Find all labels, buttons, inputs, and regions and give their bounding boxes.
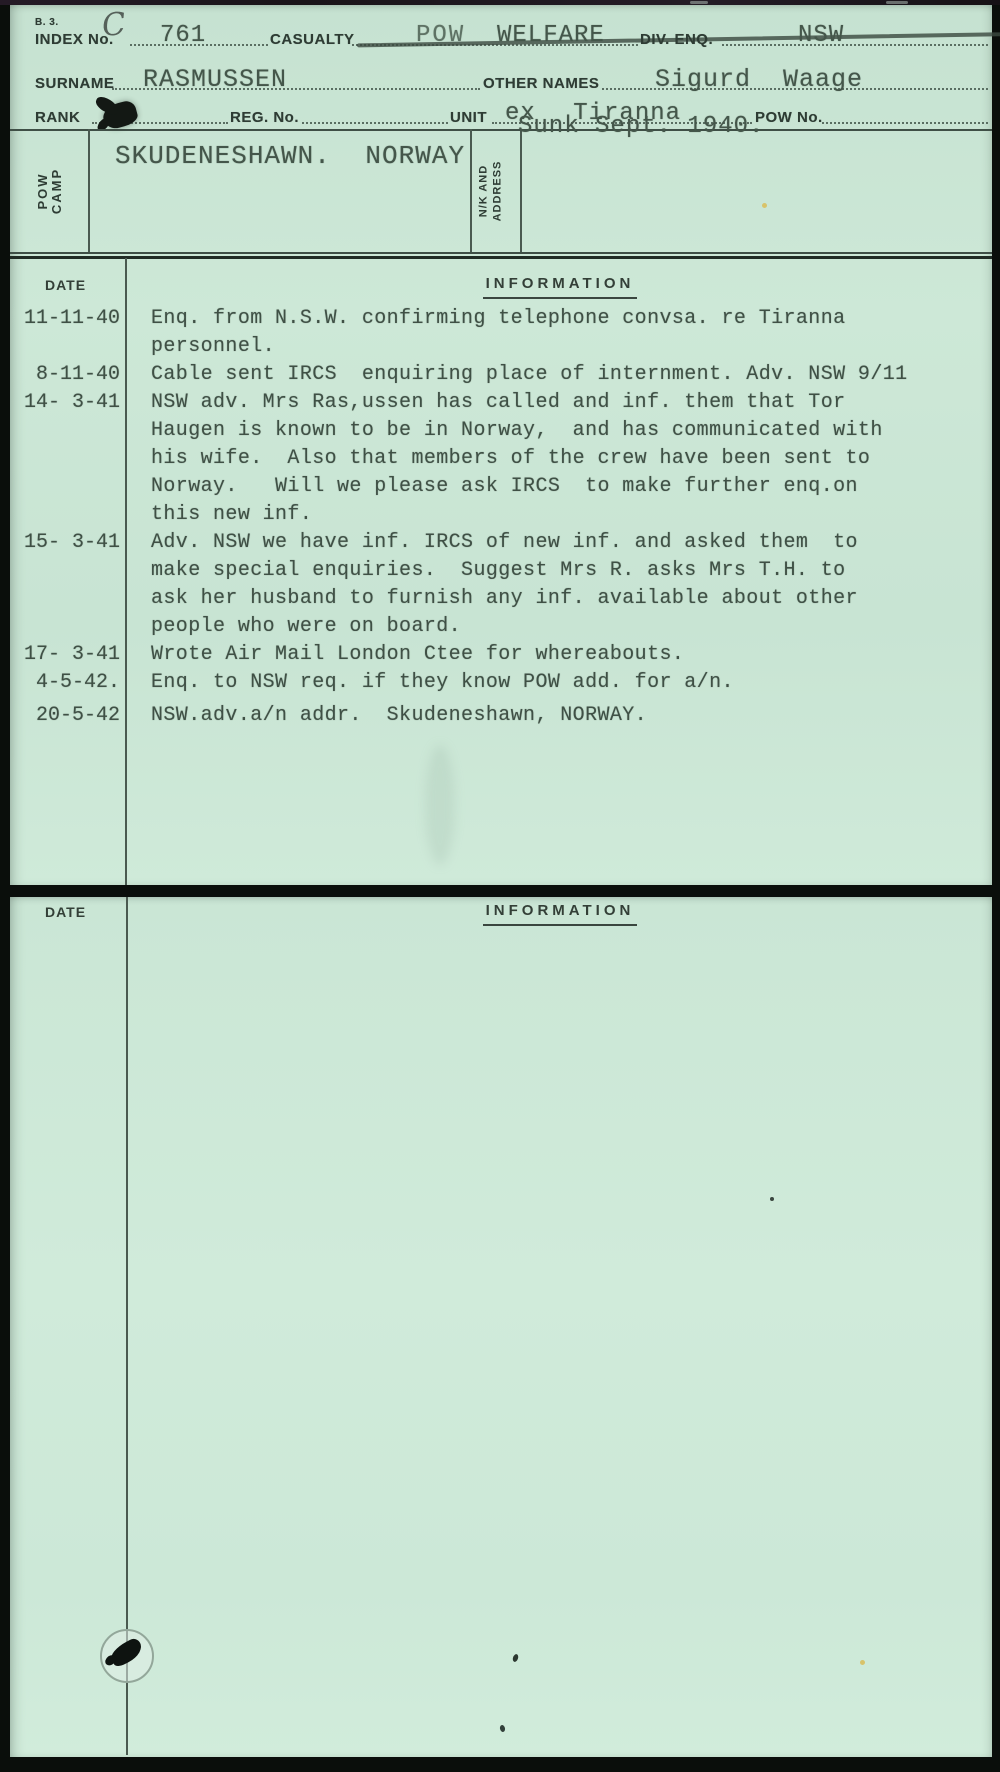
casualty-value: WELFARE [497, 22, 605, 49]
information-header: INFORMATION [465, 902, 655, 919]
surname-label: SURNAME [35, 75, 114, 92]
ink-blot [95, 97, 145, 137]
log-entry: 11-11-40Enq. from N.S.W. confirming tele… [10, 305, 992, 361]
date-header: DATE [45, 277, 86, 293]
entry-date: 11-11-40 [10, 305, 123, 361]
log-entry: 8-11-40Cable sent IRCS enquiring place o… [10, 361, 992, 389]
other-names-value: Sigurd Waage [655, 65, 863, 94]
index-no-label: INDEX No. [35, 31, 114, 48]
log-entry: 15- 3-41Adv. NSW we have inf. IRCS of ne… [10, 529, 992, 641]
paper-speck [770, 1197, 774, 1201]
paper-speck [499, 1724, 506, 1732]
entry-text: Cable sent IRCS enquiring place of inter… [123, 361, 992, 389]
scanned-pow-welfare-card: B. 3. C INDEX No. 761 CASUALTY POW WELFA… [0, 0, 1000, 1772]
div-enq-value: NSW [798, 22, 844, 49]
log-entry: 17- 3-41Wrote Air Mail London Ctee for w… [10, 641, 992, 669]
paper-stain [425, 745, 455, 865]
entry-text: Adv. NSW we have inf. IRCS of new inf. a… [123, 529, 992, 641]
record-card-back: DATE INFORMATION [10, 897, 992, 1757]
paper-speck [860, 1660, 865, 1665]
table-top-rule [10, 256, 992, 259]
box-divider [88, 129, 90, 252]
scan-edge-mark [886, 1, 908, 4]
reg-no-label: REG. No. [230, 109, 299, 126]
pow-camp-value: SKUDENESHAWN. NORWAY [115, 141, 465, 171]
nk-address-note: Sunk Sept. 1940. [518, 113, 764, 140]
record-card-front: B. 3. C INDEX No. 761 CASUALTY POW WELFA… [10, 5, 992, 885]
entry-text: Wrote Air Mail London Ctee for whereabou… [123, 641, 992, 669]
entry-text: NSW adv. Mrs Ras,ussen has called and in… [123, 389, 992, 529]
unit-label: UNIT [450, 109, 487, 126]
dotted-rule [302, 122, 448, 124]
log-entry: 4-5-42.Enq. to NSW req. if they know POW… [10, 669, 992, 697]
pow-no-label: POW No. [755, 109, 823, 126]
paper-speck [512, 1653, 519, 1662]
log-entry: 14- 3-41NSW adv. Mrs Ras,ussen has calle… [10, 389, 992, 529]
entry-date: 14- 3-41 [10, 389, 123, 529]
ink-blot [104, 1637, 148, 1673]
dotted-rule [822, 122, 988, 124]
form-ref-code: B. 3. [35, 17, 59, 28]
information-header: INFORMATION [465, 275, 655, 292]
entry-date: 8-11-40 [10, 361, 123, 389]
entry-date: 15- 3-41 [10, 529, 123, 641]
entry-text: NSW.adv.a/n addr. Skudeneshawn, NORWAY. [123, 702, 992, 730]
date-column-rule [126, 897, 128, 1755]
log1-entries: 11-11-40Enq. from N.S.W. confirming tele… [10, 305, 992, 730]
rank-label: RANK [35, 109, 80, 126]
entry-text: Enq. to NSW req. if they know POW add. f… [123, 669, 992, 697]
log-entry: 20-5-42NSW.adv.a/n addr. Skudeneshawn, N… [10, 702, 992, 730]
date-header: DATE [45, 904, 86, 920]
surname-value: RASMUSSEN [143, 65, 287, 94]
index-no-value: 761 [160, 22, 206, 49]
paper-speck [762, 203, 767, 208]
casualty-label: CASUALTY [270, 31, 355, 48]
entry-date: 4-5-42. [10, 669, 123, 697]
nk-address-label: N/K AND ADDRESS [458, 131, 522, 251]
div-enq-label: DIV. ENQ. [640, 31, 713, 48]
entry-date: 17- 3-41 [10, 641, 123, 669]
entry-date: 20-5-42 [10, 702, 123, 730]
pow-camp-label: POW CAMP [12, 131, 88, 251]
scan-edge-mark [690, 1, 708, 4]
other-names-label: OTHER NAMES [483, 75, 599, 92]
entry-text: Enq. from N.S.W. confirming telephone co… [123, 305, 992, 361]
box-bottom-rule [10, 252, 992, 254]
